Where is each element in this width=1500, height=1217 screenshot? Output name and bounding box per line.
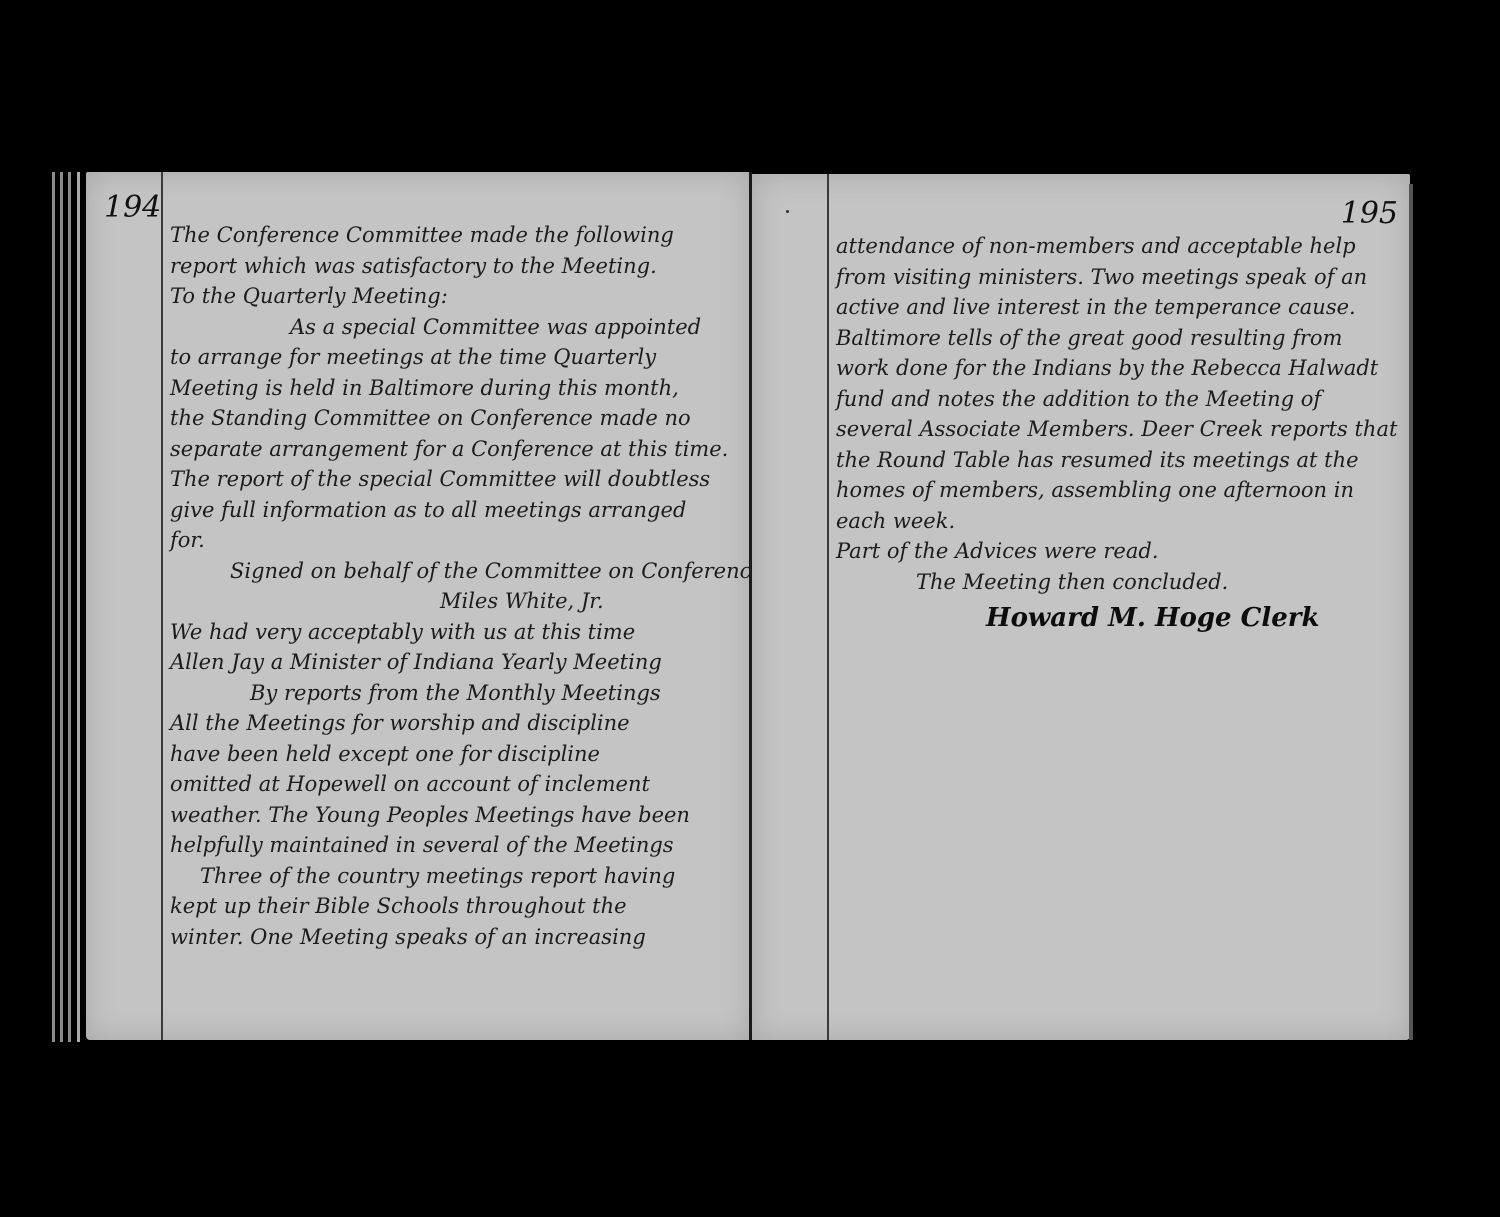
left-page: 194 The Conference Committee made the fo… — [86, 172, 750, 1040]
page-number-right: 195 — [1341, 196, 1398, 231]
text-line: separate arrangement for a Conference at… — [170, 434, 750, 465]
text-line: The Conference Committee made the follow… — [170, 220, 750, 251]
text-line: several Associate Members. Deer Creek re… — [836, 414, 1406, 445]
text-line: homes of members, assembling one afterno… — [836, 475, 1406, 506]
text-line: To the Quarterly Meeting: — [170, 281, 750, 312]
page-edge — [1409, 184, 1413, 1040]
text-line: The report of the special Committee will… — [170, 464, 750, 495]
text-line: each week. — [836, 506, 1406, 537]
text-line: We had very acceptably with us at this t… — [170, 617, 750, 648]
right-margin-rule — [827, 174, 829, 1040]
text-line: As a special Committee was appointed — [170, 312, 750, 343]
committee-signature: Miles White, Jr. — [170, 586, 750, 617]
text-line: the Standing Committee on Conference mad… — [170, 403, 750, 434]
text-line: from visiting ministers. Two meetings sp… — [836, 262, 1406, 293]
text-line: Meeting is held in Baltimore during this… — [170, 373, 750, 404]
text-line: By reports from the Monthly Meetings — [170, 678, 750, 709]
right-page-text: attendance of non-members and acceptable… — [836, 231, 1406, 634]
text-line: give full information as to all meetings… — [170, 495, 750, 526]
text-line: active and live interest in the temperan… — [836, 292, 1406, 323]
text-line: kept up their Bible Schools throughout t… — [170, 891, 750, 922]
text-line: attendance of non-members and acceptable… — [836, 231, 1406, 262]
binding-edge — [52, 172, 84, 1042]
text-line: The Meeting then concluded. — [836, 567, 1406, 598]
text-line: the Round Table has resumed its meetings… — [836, 445, 1406, 476]
left-page-text: The Conference Committee made the follow… — [170, 220, 750, 952]
text-line: have been held except one for discipline — [170, 739, 750, 770]
text-line: helpfully maintained in several of the M… — [170, 830, 750, 861]
text-line: winter. One Meeting speaks of an increas… — [170, 922, 750, 953]
text-line: Three of the country meetings report hav… — [170, 861, 750, 892]
text-line: Part of the Advices were read. — [836, 536, 1406, 567]
text-line: fund and notes the addition to the Meeti… — [836, 384, 1406, 415]
text-line: to arrange for meetings at the time Quar… — [170, 342, 750, 373]
text-line: Signed on behalf of the Committee on Con… — [170, 556, 750, 587]
left-margin-rule — [161, 172, 163, 1040]
page-number-left: 194 — [104, 190, 161, 225]
right-page: 195 attendance of non-members and accept… — [752, 174, 1410, 1040]
text-line: All the Meetings for worship and discipl… — [170, 708, 750, 739]
text-line: weather. The Young Peoples Meetings have… — [170, 800, 750, 831]
paper-speck — [786, 210, 789, 213]
text-line: work done for the Indians by the Rebecca… — [836, 353, 1406, 384]
text-line: report which was satisfactory to the Mee… — [170, 251, 750, 282]
text-line: Baltimore tells of the great good result… — [836, 323, 1406, 354]
text-line: omitted at Hopewell on account of inclem… — [170, 769, 750, 800]
text-line: for. — [170, 525, 750, 556]
text-line: Allen Jay a Minister of Indiana Yearly M… — [170, 647, 750, 678]
clerk-signature: Howard M. Hoge Clerk — [836, 603, 1406, 634]
